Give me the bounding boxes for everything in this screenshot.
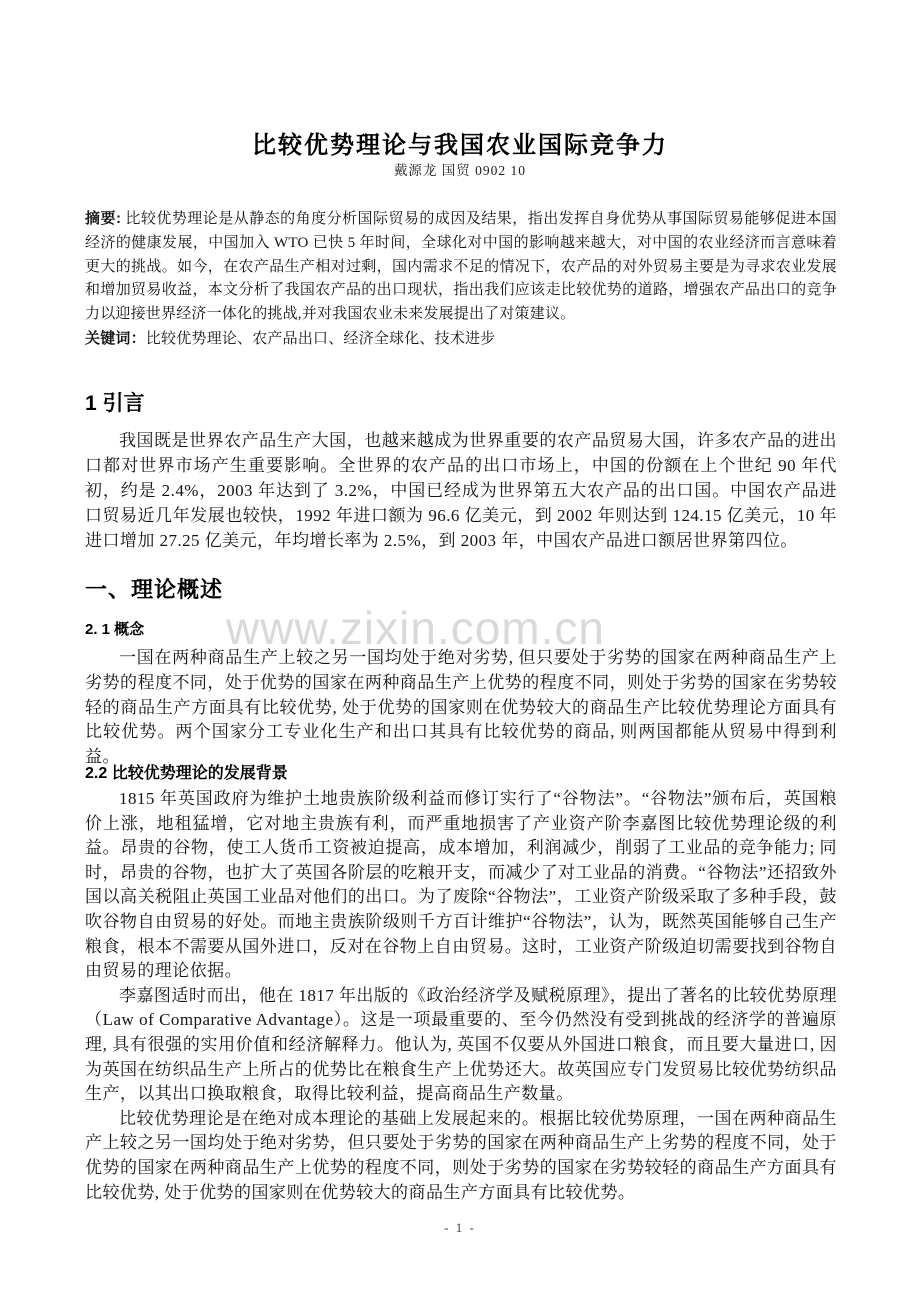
background-paragraph: 1815 年英国政府为维护土地贵族阶级利益而修订实行了“谷物法”。“谷物法”颁布… <box>85 787 837 984</box>
background-paragraph: 李嘉图适时而出，他在 1817 年出版的《政治经济学及赋税原理》，提出了著名的比… <box>85 984 837 1107</box>
background-paragraphs: 1815 年英国政府为维护土地贵族阶级利益而修订实行了“谷物法”。“谷物法”颁布… <box>85 787 837 1205</box>
subsection-heading-concept: 2. 1 概念 <box>85 620 837 640</box>
keywords-text: 比较优势理论、农产品出口、经济全球化、技术进步 <box>146 331 496 347</box>
background-paragraph: 比较优势理论是在绝对成本理论的基础上发展起来的。根据比较优势原理，一国在两种商品… <box>85 1107 837 1205</box>
introduction-paragraph: 我国既是世界农产品生产大国，也越来越成为世界重要的农产品贸易大国，许多农产品的进… <box>85 428 837 553</box>
section-heading-theory-overview: 一、理论概述 <box>85 577 837 603</box>
page-title: 比较优势理论与我国农业国际竞争力 <box>0 130 920 162</box>
subsection-heading-background: 2.2 比较优势理论的发展背景 <box>85 764 837 784</box>
concept-paragraph: 一国在两种商品生产上较之另一国均处于绝对劣势, 但只要处于劣势的国家在两种商品生… <box>85 646 837 770</box>
abstract-label: 摘要: <box>85 210 121 227</box>
abstract-paragraph: 摘要: 比较优势理论是从静态的角度分析国际贸易的成因及结果，指出发挥自身优势从事… <box>85 207 837 327</box>
section-heading-introduction: 1 引言 <box>85 392 837 416</box>
keywords-label: 关键词： <box>85 330 146 347</box>
page-number: - 1 - <box>0 1220 920 1236</box>
abstract-text: 比较优势理论是从静态的角度分析国际贸易的成因及结果，指出发挥自身优势从事国际贸易… <box>85 211 837 322</box>
abstract-block: 摘要: 比较优势理论是从静态的角度分析国际贸易的成因及结果，指出发挥自身优势从事… <box>85 207 837 352</box>
document-page: www.zixin.com.cn 比较优势理论与我国农业国际竞争力 戴源龙 国贸… <box>0 0 920 1302</box>
keywords-paragraph: 关键词：比较优势理论、农产品出口、经济全球化、技术进步 <box>85 327 837 352</box>
author-line: 戴源龙 国贸 0902 10 <box>0 162 920 180</box>
